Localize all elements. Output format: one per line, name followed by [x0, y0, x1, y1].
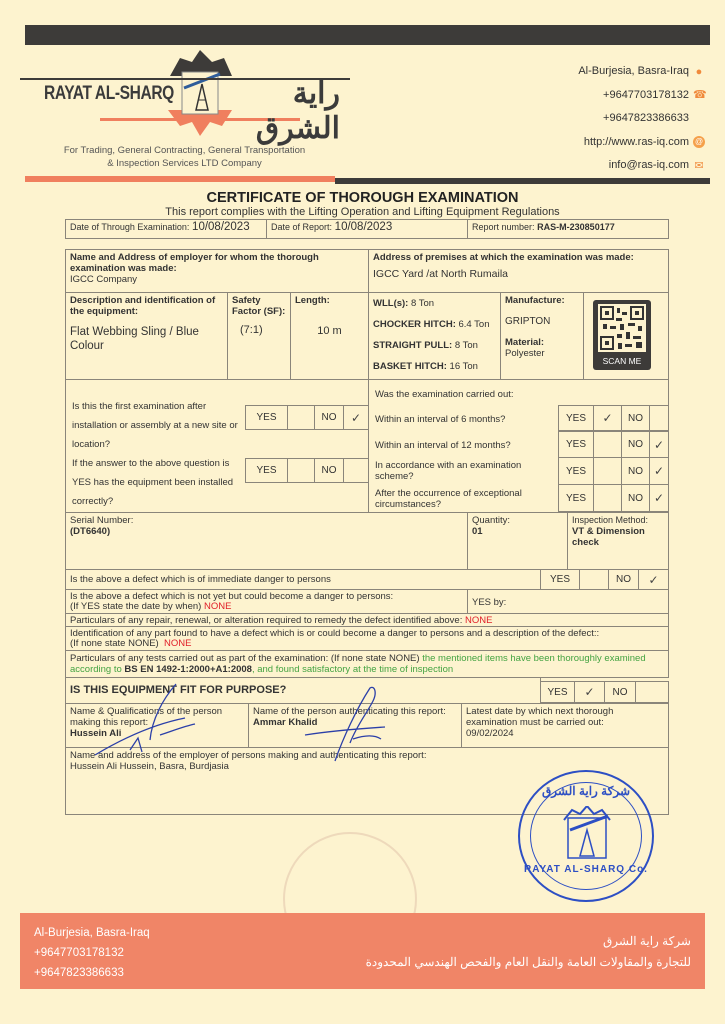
- carried-2-yes-box[interactable]: [593, 457, 622, 485]
- serial-number-value: (DT6640): [70, 526, 463, 537]
- tests-result-text2: , and found satisfactory at the time of …: [252, 664, 453, 675]
- interval-12-question: Within an interval of 12 months?: [375, 440, 555, 451]
- first-exam-section: Is this the first examination after inst…: [65, 379, 369, 513]
- yes-by-cell: YES by:: [467, 589, 669, 614]
- danger-no-label: NO: [608, 569, 639, 590]
- premises-value: IGCC Yard /at North Rumaila: [373, 269, 664, 280]
- serial-number-label: Serial Number:: [70, 515, 463, 526]
- inspection-method-cell: Inspection Method: VT & Dimension check: [567, 512, 669, 570]
- globe-icon: @: [693, 136, 705, 148]
- carried-2-no-box[interactable]: ✓: [649, 457, 669, 485]
- premises-label: Address of premises at which the examina…: [373, 252, 664, 263]
- equipment-desc-label: Description and identification of the eq…: [70, 295, 223, 317]
- basket-value: 16 Ton: [450, 361, 478, 372]
- exam-date-label: Date of Through Examination:: [70, 222, 189, 232]
- exam-date-cell: Date of Through Examination: 10/08/2023: [65, 219, 267, 239]
- footer-contact: Al-Burjesia, Basra-Iraq +9647703178132 +…: [34, 923, 150, 983]
- equipment-desc-value: Flat Webbing Sling / Blue Colour: [70, 325, 223, 353]
- carried-1-yes-box[interactable]: [593, 431, 622, 458]
- carried-3-no-label: NO: [621, 484, 650, 512]
- footer-bar: Al-Burjesia, Basra-Iraq +9647703178132 +…: [20, 913, 705, 989]
- quantity-value: 01: [472, 526, 563, 537]
- carried-0-no-label: NO: [621, 405, 650, 431]
- carried-1-yes-label: YES: [558, 431, 594, 458]
- fit-no-label: NO: [604, 681, 636, 703]
- length-value: 10 m: [295, 326, 364, 337]
- carried-2-yes-label: YES: [558, 457, 594, 485]
- repair-value: NONE: [465, 615, 492, 626]
- identification-cell: Identification of any part found to have…: [65, 626, 669, 651]
- material-value: Polyester: [505, 348, 579, 359]
- stamp-derrick-icon: [562, 806, 612, 862]
- qr-cell: SCAN ME: [583, 292, 669, 380]
- wll-cell: WLL(s): 8 Ton CHOCKER HITCH: 6.4 Ton STR…: [368, 292, 501, 380]
- envelope-icon: ✉: [693, 160, 705, 172]
- danger-no-box-checked[interactable]: ✓: [638, 569, 669, 590]
- exceptional-question: After the occurrence of exceptional circ…: [375, 488, 555, 510]
- stamp-text-ar: شركة راية الشرق: [520, 784, 652, 798]
- straight-value: 8 Ton: [455, 340, 478, 351]
- identification-line2: (If none state NONE): [70, 638, 159, 649]
- wll-label: WLL(s):: [373, 298, 408, 309]
- contact-info: Al-Burjesia, Basra-Iraq● +9647703178132☎…: [578, 60, 705, 178]
- q2-yes-label: YES: [245, 458, 288, 483]
- carried-2-no-label: NO: [621, 457, 650, 485]
- straight-label: STRAIGHT PULL:: [373, 340, 452, 351]
- carried-3-no-box[interactable]: ✓: [649, 484, 669, 512]
- fit-yes-box-checked[interactable]: ✓: [574, 681, 605, 703]
- premises-cell: Address of premises at which the examina…: [368, 249, 669, 293]
- manufacture-label: Manufacture:: [505, 295, 579, 306]
- tests-standard: BS EN 1492-1:2000+A1:2008: [124, 664, 252, 675]
- scheme-question: In accordance with an examination scheme…: [375, 460, 535, 482]
- installed-correctly-question: If the answer to the above question is Y…: [72, 454, 247, 511]
- employer-value: IGCC Company: [70, 274, 364, 285]
- quantity-cell: Quantity: 01: [467, 512, 568, 570]
- footer-arabic: شركة راية الشرق للتجارة والمقاولات العام…: [366, 931, 691, 973]
- company-tagline: For Trading, General Contracting, Genera…: [42, 144, 327, 170]
- tests-label: Particulars of any tests carried out as …: [70, 653, 420, 664]
- contact-address: Al-Burjesia, Basra-Iraq: [578, 60, 689, 84]
- carried-0-yes-label: YES: [558, 405, 594, 431]
- q1-yes-label: YES: [245, 405, 288, 430]
- contact-email-link[interactable]: info@ras-iq.com: [609, 154, 689, 178]
- choker-value: 6.4 Ton: [459, 319, 490, 330]
- safety-factor-value: (7:1): [232, 325, 286, 336]
- tagline-line1: For Trading, General Contracting, Genera…: [42, 144, 327, 157]
- length-label: Length:: [295, 295, 364, 306]
- q2-no-box[interactable]: [343, 458, 369, 483]
- certificate-subtitle: This report complies with the Lifting Op…: [0, 206, 725, 218]
- contact-website-link[interactable]: http://www.ras-iq.com: [584, 131, 689, 155]
- report-number-cell: Report number: RAS-M-230850177: [467, 219, 669, 239]
- header-top-bar: [25, 25, 710, 45]
- basket-label: BASKET HITCH:: [373, 361, 447, 372]
- next-exam-cell: Latest date by which next thorough exami…: [461, 703, 669, 748]
- contact-phone2: +9647823386633: [603, 107, 689, 131]
- repair-cell: Particulars of any repair, renewal, or a…: [65, 613, 669, 627]
- manufacture-value: GRIPTON: [505, 316, 579, 327]
- employer-cell: Name and Address of employer for whom th…: [65, 249, 369, 293]
- divider-orange: [25, 176, 335, 182]
- report-date-label: Date of Report:: [271, 222, 332, 232]
- inspection-method-label: Inspection Method:: [572, 515, 664, 526]
- certificate-title: CERTIFICATE OF THOROUGH EXAMINATION: [0, 190, 725, 206]
- fit-yes-label: YES: [540, 681, 575, 703]
- carried-1-no-box[interactable]: ✓: [649, 431, 669, 458]
- danger-yes-label: YES: [540, 569, 580, 590]
- equipment-desc-cell: Description and identification of the eq…: [65, 292, 228, 380]
- carried-3-yes-label: YES: [558, 484, 594, 512]
- report-date-cell: Date of Report: 10/08/2023: [266, 219, 468, 239]
- carried-0-no-box[interactable]: [649, 405, 669, 431]
- company-name-en: RAYAT AL-SHARQ: [44, 83, 174, 105]
- future-danger-line2: (If YES state the date by when): [70, 601, 201, 612]
- future-danger-cell: Is the above a defect which is not yet b…: [65, 589, 468, 614]
- company-stamp: شركة راية الشرق RAYAT AL-SHARQ Co.: [518, 770, 654, 902]
- tagline-line2: & Inspection Services LTD Company: [42, 157, 327, 170]
- future-danger-value: NONE: [204, 601, 231, 612]
- q1-yes-box[interactable]: [287, 405, 315, 430]
- material-label: Material:: [505, 337, 579, 348]
- footer-address: Al-Burjesia, Basra-Iraq: [34, 923, 150, 943]
- first-exam-question: Is this the first examination after inst…: [72, 397, 247, 454]
- carried-3-yes-box[interactable]: [593, 484, 622, 512]
- repair-label: Particulars of any repair, renewal, or a…: [70, 615, 462, 626]
- safety-factor-label: Safety Factor (SF):: [232, 295, 286, 317]
- report-date-value: 10/08/2023: [335, 221, 393, 233]
- carried-out-label: Was the examination carried out:: [375, 389, 514, 400]
- company-logo: RAYAT AL-SHARQ راية الشرق: [40, 48, 340, 148]
- wll-value: 8 Ton: [411, 298, 434, 309]
- q1-no-box-checked[interactable]: ✓: [343, 405, 369, 430]
- signature-maker-icon: [90, 680, 200, 760]
- footer-ar-line1: شركة راية الشرق: [366, 931, 691, 952]
- carried-1-no-label: NO: [621, 431, 650, 458]
- choker-label: CHOCKER HITCH:: [373, 319, 456, 330]
- danger-yes-box[interactable]: [579, 569, 609, 590]
- telephone-icon: ☎: [693, 89, 705, 101]
- location-pin-icon: ●: [693, 66, 705, 78]
- employer-label: Name and Address of employer for whom th…: [70, 252, 364, 274]
- q2-yes-box[interactable]: [287, 458, 315, 483]
- tests-cell: Particulars of any tests carried out as …: [65, 650, 669, 678]
- interval-6-question: Within an interval of 6 months?: [375, 414, 555, 425]
- fit-no-box[interactable]: [635, 681, 669, 703]
- footer-phone2: +9647823386633: [34, 963, 150, 983]
- scan-me-label: SCAN ME: [593, 356, 651, 367]
- report-number-value: RAS-M-230850177: [537, 222, 615, 232]
- next-exam-label: Latest date by which next thorough exami…: [466, 706, 664, 728]
- exam-date-value: 10/08/2023: [192, 221, 250, 233]
- company-name-ar: راية الشرق: [218, 76, 340, 146]
- qr-code[interactable]: SCAN ME: [593, 300, 651, 370]
- divider-dark: [335, 178, 710, 184]
- next-exam-value: 09/02/2024: [466, 728, 664, 739]
- carried-0-yes-box[interactable]: ✓: [593, 405, 622, 431]
- immediate-danger-question: Is the above a defect which is of immedi…: [65, 569, 541, 590]
- manufacture-cell: Manufacture: GRIPTON Material: Polyester: [500, 292, 584, 380]
- contact-phone1: +9647703178132: [603, 84, 689, 108]
- footer-phone1: +9647703178132: [34, 943, 150, 963]
- stamp-text-en: RAYAT AL-SHARQ Co.: [520, 864, 652, 875]
- q1-no-label: NO: [314, 405, 344, 430]
- qr-code-icon: [598, 304, 646, 352]
- footer-ar-line2: للتجارة والمقاولات العامة والنقل العام و…: [366, 952, 691, 973]
- report-number-label: Report number:: [472, 222, 535, 232]
- quantity-label: Quantity:: [472, 515, 563, 526]
- identification-value: NONE: [164, 638, 191, 649]
- signature-authenticator-icon: [295, 683, 405, 763]
- q2-no-label: NO: [314, 458, 344, 483]
- serial-number-cell: Serial Number: (DT6640): [65, 512, 468, 570]
- safety-factor-cell: Safety Factor (SF): (7:1): [227, 292, 291, 380]
- inspection-method-value: VT & Dimension check: [572, 526, 664, 548]
- length-cell: Length: 10 m: [290, 292, 369, 380]
